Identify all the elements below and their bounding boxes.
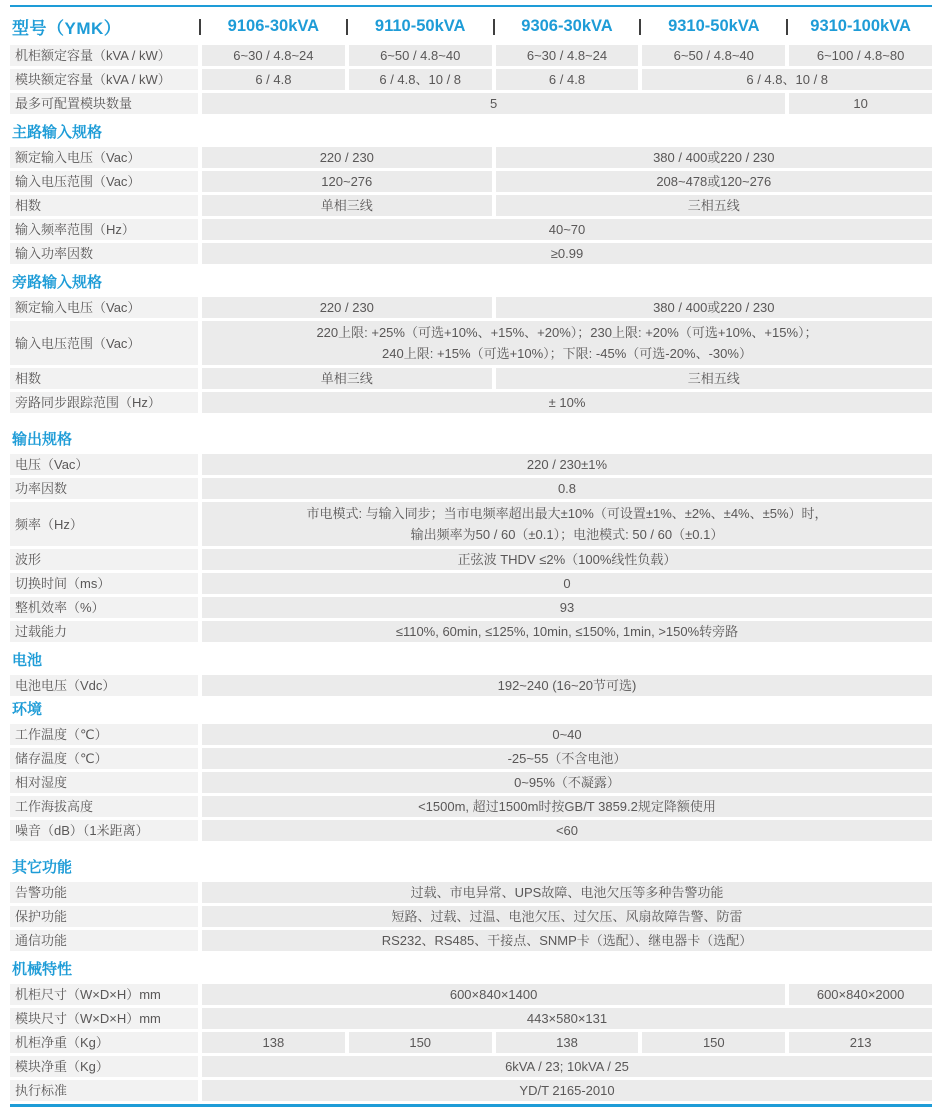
row-label: 过载能力 — [10, 621, 198, 642]
spec-sheet: 型号（YMK） 9106-30kVA 9110-50kVA 9306-30kVA… — [10, 0, 932, 1107]
model-header-row: 型号（YMK） 9106-30kVA 9110-50kVA 9306-30kVA… — [10, 13, 932, 40]
spec-cell: 过载、市电异常、UPS故障、电池欠压等多种告警功能 — [202, 882, 932, 903]
row-label: 最多可配置模块数量 — [10, 93, 198, 114]
table-row: 最多可配置模块数量 5 10 — [10, 93, 932, 114]
spec-cell: 6~30 / 4.8~24 — [202, 45, 345, 66]
spec-cell: 6~50 / 4.8~40 — [349, 45, 492, 66]
row-label: 频率（Hz） — [10, 502, 198, 546]
model-column-header: 9310-50kVA — [642, 17, 785, 36]
table-row: 机柜净重（Kg） 138 150 138 150 213 — [10, 1032, 932, 1053]
spec-cell: 6~100 / 4.8~80 — [789, 45, 932, 66]
row-label: 噪音（dB）（1米距离） — [10, 820, 198, 841]
row-label: 模块尺寸（W×D×H）mm — [10, 1008, 198, 1029]
row-label: 通信功能 — [10, 930, 198, 951]
row-label: 额定输入电压（Vac） — [10, 147, 198, 168]
model-column-header: 9310-100kVA — [789, 17, 932, 36]
spec-cell: 市电模式: 与输入同步；当市电频率超出最大±10%（可设置±1%、±2%、±4%… — [202, 502, 932, 546]
section-battery: 电池 电池电压（Vdc） 192~240 (16~20节可选) — [10, 651, 932, 696]
table-row: 功率因数 0.8 — [10, 478, 932, 499]
table-row: 输入电压范围（Vac） 220上限: +25%（可选+10%、+15%、+20%… — [10, 321, 932, 365]
divider-bar-icon — [199, 19, 201, 35]
table-row: 旁路同步跟踪范围（Hz） ± 10% — [10, 392, 932, 413]
table-row: 额定输入电压（Vac） 220 / 230 380 / 400或220 / 23… — [10, 147, 932, 168]
spec-cell: <1500m, 超过1500m时按GB/T 3859.2规定降额使用 — [202, 796, 932, 817]
top-accent-rule — [10, 5, 932, 7]
spec-cell: 三相五线 — [496, 368, 932, 389]
row-label: 输入功率因数 — [10, 243, 198, 264]
table-row: 电压（Vac） 220 / 230±1% — [10, 454, 932, 475]
model-name: 9106-30kVA — [228, 17, 319, 35]
section-mechanical: 机械特性 机柜尺寸（W×D×H）mm 600×840×1400 600×840×… — [10, 960, 932, 1101]
divider-bar-icon — [493, 19, 495, 35]
spec-cell: 220 / 230 — [202, 297, 492, 318]
table-row: 工作温度（℃） 0~40 — [10, 724, 932, 745]
row-label: 储存温度（℃） — [10, 748, 198, 769]
spec-cell: 150 — [349, 1032, 492, 1053]
table-row: 通信功能 RS232、RS485、干接点、SNMP卡（选配）、继电器卡（选配） — [10, 930, 932, 951]
row-label: 波形 — [10, 549, 198, 570]
section-title: 机械特性 — [10, 960, 932, 979]
table-row: 输入电压范围（Vac） 120~276 208~478或120~276 — [10, 171, 932, 192]
table-row: 整机效率（%） 93 — [10, 597, 932, 618]
table-row: 额定输入电压（Vac） 220 / 230 380 / 400或220 / 23… — [10, 297, 932, 318]
spec-cell-line: 240上限: +15%（可选+10%）；下限: -45%（可选-20%、-30%… — [202, 343, 932, 364]
table-row: 切换时间（ms） 0 — [10, 573, 932, 594]
model-name: 9310-50kVA — [668, 17, 759, 35]
spec-cell: 6kVA / 23; 10kVA / 25 — [202, 1056, 932, 1077]
spec-cell: ≥0.99 — [202, 243, 932, 264]
table-row: 相数 单相三线 三相五线 — [10, 195, 932, 216]
row-label: 相数 — [10, 195, 198, 216]
spec-cell: 0~40 — [202, 724, 932, 745]
spec-cell: 213 — [789, 1032, 932, 1053]
row-label: 模块额定容量（kVA / kW） — [10, 69, 198, 90]
row-label: 输入频率范围（Hz） — [10, 219, 198, 240]
table-row: 告警功能 过载、市电异常、UPS故障、电池欠压等多种告警功能 — [10, 882, 932, 903]
model-name: 9310-100kVA — [810, 17, 911, 35]
table-row: 执行标准 YD/T 2165-2010 — [10, 1080, 932, 1101]
spec-cell: 443×580×131 — [202, 1008, 932, 1029]
spec-cell: 220上限: +25%（可选+10%、+15%、+20%）；230上限: +20… — [202, 321, 932, 365]
spec-cell: 380 / 400或220 / 230 — [496, 147, 932, 168]
spec-cell: ± 10% — [202, 392, 932, 413]
spec-cell: 40~70 — [202, 219, 932, 240]
section-title: 环境 — [10, 700, 932, 719]
row-label: 旁路同步跟踪范围（Hz） — [10, 392, 198, 413]
row-label: 保护功能 — [10, 906, 198, 927]
spec-cell: 0.8 — [202, 478, 932, 499]
spec-cell: 6~30 / 4.8~24 — [496, 45, 639, 66]
divider-bar-icon — [639, 19, 641, 35]
spec-cell: 208~478或120~276 — [496, 171, 932, 192]
table-row: 保护功能 短路、过载、过温、电池欠压、过欠压、风扇故障告警、防雷 — [10, 906, 932, 927]
row-label: 相数 — [10, 368, 198, 389]
row-label: 输入电压范围（Vac） — [10, 321, 198, 365]
spec-cell: 600×840×2000 — [789, 984, 932, 1005]
spec-cell: 380 / 400或220 / 230 — [496, 297, 932, 318]
spec-cell: 三相五线 — [496, 195, 932, 216]
spec-cell: 220 / 230 — [202, 147, 492, 168]
spec-cell: 6 / 4.8、10 / 8 — [642, 69, 932, 90]
spec-cell: -25~55（不含电池） — [202, 748, 932, 769]
table-row: 模块净重（Kg） 6kVA / 23; 10kVA / 25 — [10, 1056, 932, 1077]
table-row: 波形 正弦波 THDV ≤2%（100%线性负载） — [10, 549, 932, 570]
model-column-header: 9106-30kVA — [202, 17, 345, 36]
table-row: 过载能力 ≤110%, 60min, ≤125%, 10min, ≤150%, … — [10, 621, 932, 642]
spec-cell: 短路、过载、过温、电池欠压、过欠压、风扇故障告警、防雷 — [202, 906, 932, 927]
spec-cell: YD/T 2165-2010 — [202, 1080, 932, 1101]
spec-cell: 138 — [496, 1032, 639, 1053]
table-row: 工作海拔高度 <1500m, 超过1500m时按GB/T 3859.2规定降额使… — [10, 796, 932, 817]
table-row: 输入功率因数 ≥0.99 — [10, 243, 932, 264]
spec-cell-line: 220上限: +25%（可选+10%、+15%、+20%）；230上限: +20… — [202, 322, 932, 343]
section-title: 其它功能 — [10, 858, 932, 877]
section-output: 输出规格 电压（Vac） 220 / 230±1% 功率因数 0.8 频率（Hz… — [10, 430, 932, 642]
table-row: 相数 单相三线 三相五线 — [10, 368, 932, 389]
spec-cell: ≤110%, 60min, ≤125%, 10min, ≤150%, 1min,… — [202, 621, 932, 642]
section-title: 主路输入规格 — [10, 123, 932, 142]
row-label: 工作温度（℃） — [10, 724, 198, 745]
model-column-header: 9110-50kVA — [349, 17, 492, 36]
spec-cell: 单相三线 — [202, 368, 492, 389]
row-label: 执行标准 — [10, 1080, 198, 1101]
spec-cell: 0 — [202, 573, 932, 594]
section-title: 旁路输入规格 — [10, 273, 932, 292]
spec-cell: 5 — [202, 93, 785, 114]
section-main-input: 主路输入规格 额定输入电压（Vac） 220 / 230 380 / 400或2… — [10, 123, 932, 264]
row-label: 告警功能 — [10, 882, 198, 903]
spec-cell: 10 — [789, 93, 932, 114]
spec-cell: <60 — [202, 820, 932, 841]
table-row: 频率（Hz） 市电模式: 与输入同步；当市电频率超出最大±10%（可设置±1%、… — [10, 502, 932, 546]
table-row: 输入频率范围（Hz） 40~70 — [10, 219, 932, 240]
section-other-functions: 其它功能 告警功能 过载、市电异常、UPS故障、电池欠压等多种告警功能 保护功能… — [10, 858, 932, 951]
table-row: 噪音（dB）（1米距离） <60 — [10, 820, 932, 841]
spec-cell: 正弦波 THDV ≤2%（100%线性负载） — [202, 549, 932, 570]
row-label: 机柜净重（Kg） — [10, 1032, 198, 1053]
table-row: 机柜额定容量（kVA / kW） 6~30 / 4.8~24 6~50 / 4.… — [10, 45, 932, 66]
table-row: 储存温度（℃） -25~55（不含电池） — [10, 748, 932, 769]
divider-bar-icon — [786, 19, 788, 35]
section-bypass-input: 旁路输入规格 额定输入电压（Vac） 220 / 230 380 / 400或2… — [10, 273, 932, 413]
row-label: 工作海拔高度 — [10, 796, 198, 817]
row-label: 额定输入电压（Vac） — [10, 297, 198, 318]
row-label: 电压（Vac） — [10, 454, 198, 475]
spec-cell-line: 市电模式: 与输入同步；当市电频率超出最大±10%（可设置±1%、±2%、±4%… — [202, 503, 932, 524]
row-label: 相对湿度 — [10, 772, 198, 793]
spec-cell: 192~240 (16~20节可选) — [202, 675, 932, 696]
row-label: 机柜额定容量（kVA / kW） — [10, 45, 198, 66]
row-label: 模块净重（Kg） — [10, 1056, 198, 1077]
spec-cell: 6 / 4.8 — [202, 69, 345, 90]
spec-cell: 150 — [642, 1032, 785, 1053]
table-row: 机柜尺寸（W×D×H）mm 600×840×1400 600×840×2000 — [10, 984, 932, 1005]
row-label: 切换时间（ms） — [10, 573, 198, 594]
section-title: 输出规格 — [10, 430, 932, 449]
model-column-header: 9306-30kVA — [496, 17, 639, 36]
row-label: 输入电压范围（Vac） — [10, 171, 198, 192]
spec-cell: 220 / 230±1% — [202, 454, 932, 475]
table-row: 模块额定容量（kVA / kW） 6 / 4.8 6 / 4.8、10 / 8 … — [10, 69, 932, 90]
model-header-label: 型号（YMK） — [10, 14, 198, 39]
row-label: 功率因数 — [10, 478, 198, 499]
table-row: 电池电压（Vdc） 192~240 (16~20节可选) — [10, 675, 932, 696]
spec-cell: 6 / 4.8、10 / 8 — [349, 69, 492, 90]
table-row: 模块尺寸（W×D×H）mm 443×580×131 — [10, 1008, 932, 1029]
spec-cell: 单相三线 — [202, 195, 492, 216]
model-name: 9110-50kVA — [375, 17, 466, 35]
row-label: 机柜尺寸（W×D×H）mm — [10, 984, 198, 1005]
row-label: 整机效率（%） — [10, 597, 198, 618]
spec-cell: 138 — [202, 1032, 345, 1053]
spec-cell: 6 / 4.8 — [496, 69, 639, 90]
spec-cell-line: 输出频率为50 / 60（±0.1）；电池模式: 50 / 60（±0.1） — [202, 524, 932, 545]
spec-cell: 120~276 — [202, 171, 492, 192]
row-label: 电池电压（Vdc） — [10, 675, 198, 696]
spec-cell: 600×840×1400 — [202, 984, 785, 1005]
section-environment: 环境 工作温度（℃） 0~40 储存温度（℃） -25~55（不含电池） 相对湿… — [10, 700, 932, 841]
section-title: 电池 — [10, 651, 932, 670]
model-name: 9306-30kVA — [521, 17, 612, 35]
spec-cell: RS232、RS485、干接点、SNMP卡（选配）、继电器卡（选配） — [202, 930, 932, 951]
table-row: 相对湿度 0~95%（不凝露） — [10, 772, 932, 793]
spec-cell: 0~95%（不凝露） — [202, 772, 932, 793]
spec-cell: 6~50 / 4.8~40 — [642, 45, 785, 66]
spec-cell: 93 — [202, 597, 932, 618]
divider-bar-icon — [346, 19, 348, 35]
bottom-accent-rule — [10, 1104, 932, 1107]
